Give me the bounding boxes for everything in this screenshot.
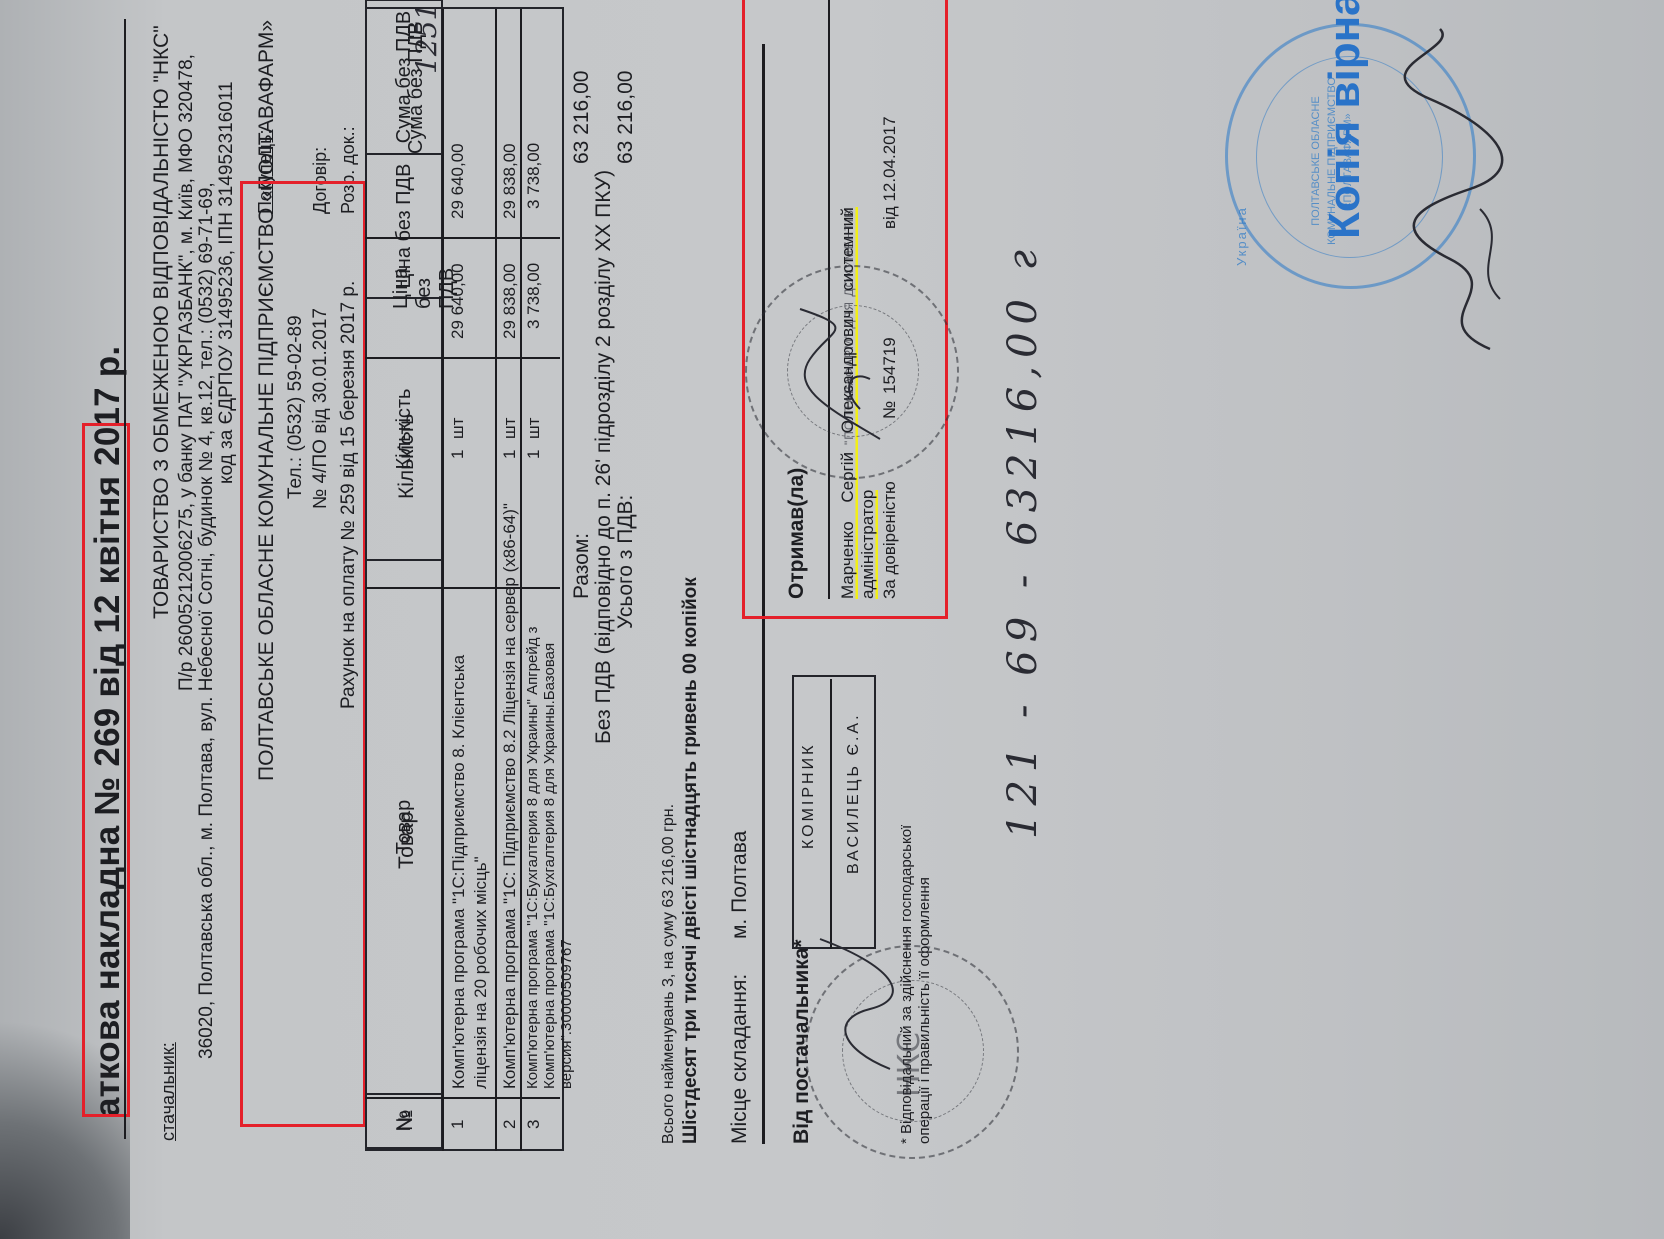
buyer-highlight-box xyxy=(240,181,366,1127)
row-1-unit: шт xyxy=(448,418,468,439)
place-value: м. Полтава xyxy=(728,831,752,939)
supplier-address: 36020, Полтавська обл., м. Полтава, вул.… xyxy=(196,182,218,1059)
total-value: 63 216,00 xyxy=(614,71,638,164)
col-divider-1 xyxy=(365,1097,560,1099)
supplier-signer-name: ВАСИЛЕЦЬ Є.А. xyxy=(845,712,863,874)
title-highlight-box xyxy=(82,423,130,1117)
title-rule xyxy=(124,19,126,1139)
row-3-unit: шт xyxy=(524,418,544,439)
supplier-signature-icon xyxy=(800,929,910,1079)
subtotal-value: 63 216,00 xyxy=(570,71,594,164)
row-1-sum: 29 640,00 xyxy=(448,143,468,219)
subtotal-label: Разом: xyxy=(570,533,594,599)
row-divider-2 xyxy=(520,9,522,1151)
vat-exemption-label: Без ПДВ (відповідно до п. 26' підрозділу… xyxy=(592,170,616,744)
col-divider-3 xyxy=(365,357,560,359)
supplier-codes: код за ЄДРПОУ 31495236, ІПН 314952316011 xyxy=(216,81,238,484)
amount-in-words: Шістдесят три тисячі двісті шістнадцять … xyxy=(680,577,702,1144)
supplier-label: стачальник: xyxy=(158,1042,179,1141)
row-1-number: 1 xyxy=(448,1120,468,1129)
place-label: Місце складання: xyxy=(728,974,752,1144)
supplier-bank: П/р 26005212006275, у банку ПАТ "УКРГАЗБ… xyxy=(176,54,198,691)
row-2-sum: 29 838,00 xyxy=(500,143,520,219)
invoice-document: 1251 2 аткова накладна № 269 від 12 квіт… xyxy=(0,0,1664,1239)
handwritten-amount: 121 - 69 - 63216,00 г xyxy=(1000,242,1046,839)
row-3-qty: 1 xyxy=(524,450,544,459)
row-1-qty: 1 xyxy=(448,450,468,459)
row-3-item: Комп'ютерна програма "1С:Бухгалтерия 8 д… xyxy=(524,594,575,1089)
signature-icon xyxy=(1400,19,1520,359)
col-divider-2 xyxy=(365,587,560,589)
stamp-ring-text: Україна xyxy=(1234,206,1249,266)
row-2-item: Комп'ютерна програма "1С: Підприємство 8… xyxy=(500,503,520,1089)
supplier-name: ТОВАРИСТВО З ОБМЕЖЕНОЮ ВІДПОВІДАЛЬНІСТЮ … xyxy=(150,25,174,619)
row-3-price: 3 738,00 xyxy=(524,263,544,329)
row-divider-1 xyxy=(495,9,497,1151)
table-header-divider xyxy=(442,9,444,1151)
supplier-position: КОМІРНИК xyxy=(800,743,818,849)
row-1-price: 29 640,00 xyxy=(448,263,468,339)
receiver-signature-icon xyxy=(770,299,900,449)
header-number: № xyxy=(395,1110,418,1131)
row-2-number: 2 xyxy=(500,1120,520,1129)
row-2-qty: 1 xyxy=(500,450,520,459)
items-summary: Всього найменувань 3, на суму 63 216,00 … xyxy=(660,804,678,1144)
supplier-signature-line xyxy=(830,679,832,949)
row-2-unit: шт xyxy=(500,418,520,439)
col-divider-4 xyxy=(365,237,560,239)
certified-copy-text: Копія вірна xyxy=(1320,0,1370,239)
header-item: Товар xyxy=(395,812,419,869)
row-2-price: 29 838,00 xyxy=(500,263,520,339)
row-3-sum: 3 738,00 xyxy=(524,143,544,209)
row-1-item: Комп'ютерна програма "1С:Підприємство 8.… xyxy=(448,594,492,1089)
header-qty: Кількість xyxy=(395,414,419,499)
header-sum: Сума без ПДВ xyxy=(405,21,428,154)
row-3-number: 3 xyxy=(524,1120,544,1129)
total-label: Усього з ПДВ: xyxy=(614,495,638,629)
